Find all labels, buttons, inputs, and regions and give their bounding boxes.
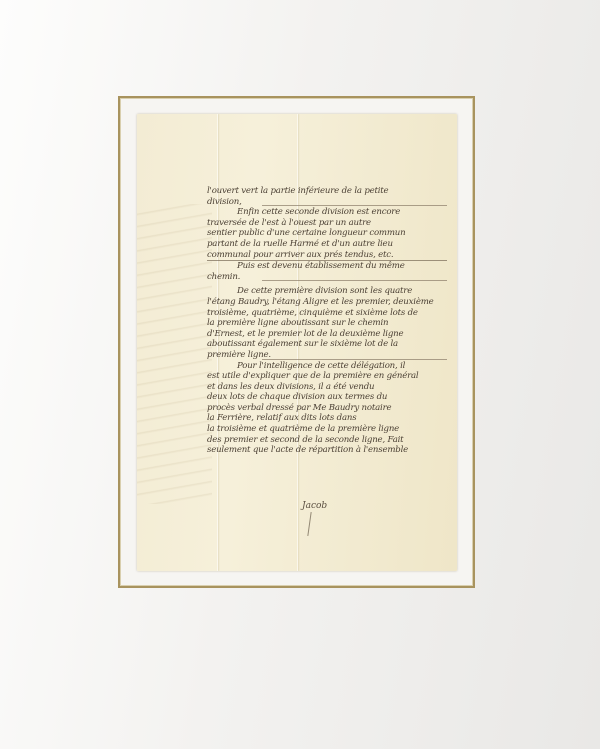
text-line: troisième, quatrième, cinquième et sixiè…	[207, 308, 447, 319]
text-line: des premier et second de la seconde lign…	[207, 435, 447, 446]
text-line: seulement que l'acte de répartition à l'…	[207, 445, 447, 456]
text-line: De cette première division sont les quat…	[207, 286, 447, 297]
text-line: division,	[207, 197, 447, 208]
text-line: procès verbal dressé par Me Baudry notai…	[207, 403, 447, 414]
text-line: communal pour arriver aux prés tendus, e…	[207, 250, 447, 262]
text-line: deux lots de chaque division aux termes …	[207, 392, 447, 403]
bleed-through-text	[137, 204, 212, 504]
handwritten-text: l'ouvert vert la partie inférieure de la…	[207, 186, 447, 456]
text-line: la troisième et quatrième de la première…	[207, 424, 447, 435]
text-line: la Ferrière, relatif aux dits lots dans	[207, 413, 447, 424]
text-line: première ligne.	[207, 350, 447, 361]
manuscript-page: l'ouvert vert la partie inférieure de la…	[137, 114, 457, 571]
signature: Jacob	[302, 501, 327, 511]
text-line: l'étang Baudry, l'étang Aligre et les pr…	[207, 297, 447, 308]
text-line: aboutissant également sur le sixième lot…	[207, 339, 447, 350]
text-line: la première ligne aboutissant sur le che…	[207, 318, 447, 329]
text-line: Pour l'intelligence de cette délégation,…	[207, 361, 447, 372]
text-line: Puis est devenu établissement du même	[207, 261, 447, 272]
text-line: d'Ernest, et le premier lot de la deuxiè…	[207, 329, 447, 340]
text-line: l'ouvert vert la partie inférieure de la…	[207, 186, 447, 197]
text-line: Enfin cette seconde division est encore	[207, 207, 447, 218]
text-line: est utile d'expliquer que de la première…	[207, 371, 447, 382]
text-line: traversée de l'est à l'ouest par un autr…	[207, 218, 447, 229]
text-line: sentier public d'une certaine longueur c…	[207, 228, 447, 239]
text-line: partant de la ruelle Harmé et d'un autre…	[207, 239, 447, 250]
text-line: et dans les deux divisions, il a été ven…	[207, 382, 447, 393]
signature-flourish	[307, 512, 311, 536]
text-line: chemin.	[207, 272, 447, 283]
